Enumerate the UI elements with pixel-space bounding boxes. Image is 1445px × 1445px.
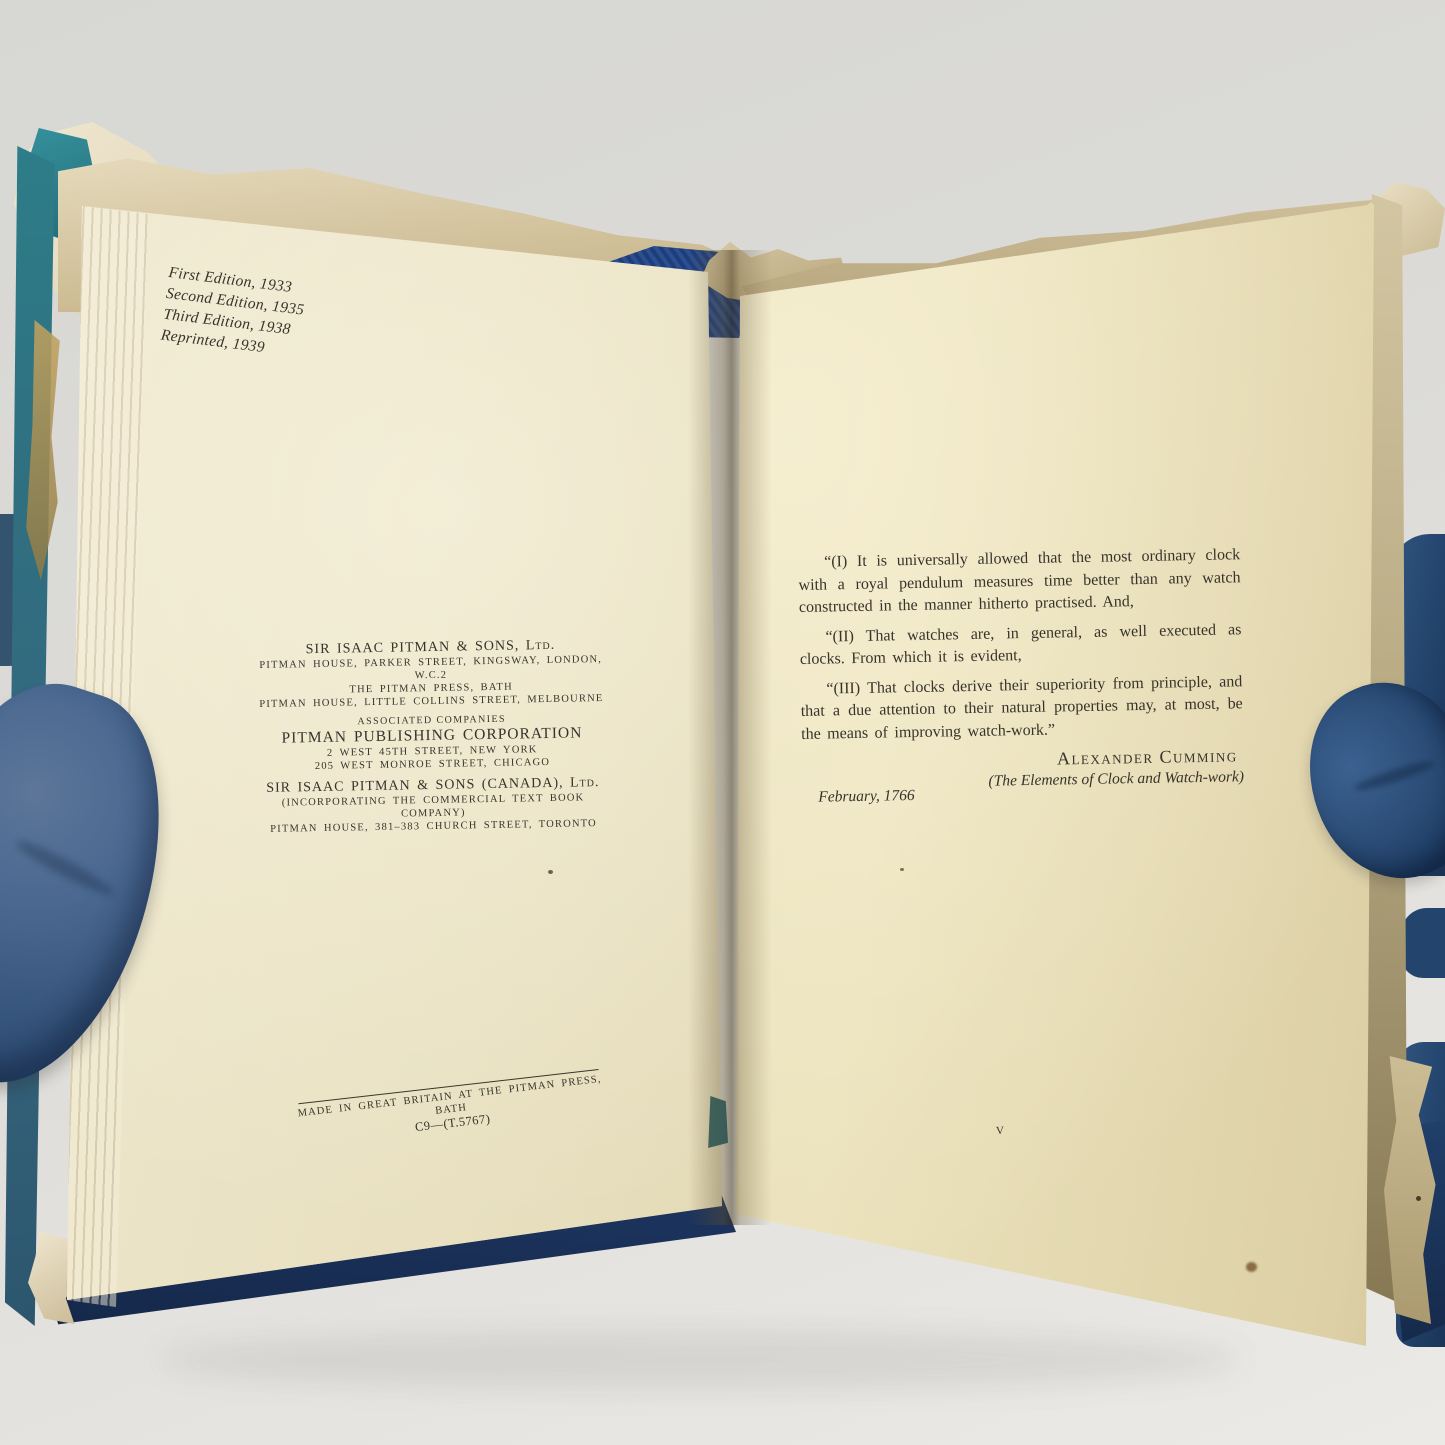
foxing-spot: [900, 868, 904, 871]
quote-paragraph: “(II) That watches are, in general, as w…: [799, 619, 1242, 672]
quote-paragraph: “(III) That clocks derive their superior…: [800, 671, 1243, 746]
book-photo-scene: First Edition, 1933 Second Edition, 1935…: [0, 0, 1445, 1445]
page-number: v: [980, 1121, 1021, 1139]
quote-paragraph: “(I) It is universally allowed that the …: [798, 544, 1241, 619]
foxing-spot: [548, 870, 553, 874]
edition-history-block: First Edition, 1933 Second Edition, 1935…: [160, 262, 308, 362]
quotation-block: “(I) It is universally allowed that the …: [798, 544, 1244, 807]
right-glove-finger: [1401, 908, 1445, 978]
publisher-imprint-block: SIR ISAAC PITMAN & SONS, Ltd. PITMAN HOU…: [250, 637, 613, 836]
book-shadow: [160, 1330, 1240, 1390]
gutter: [688, 250, 772, 1225]
foxing-spot: [1246, 1262, 1257, 1272]
foxing-spot: [1416, 1196, 1421, 1201]
